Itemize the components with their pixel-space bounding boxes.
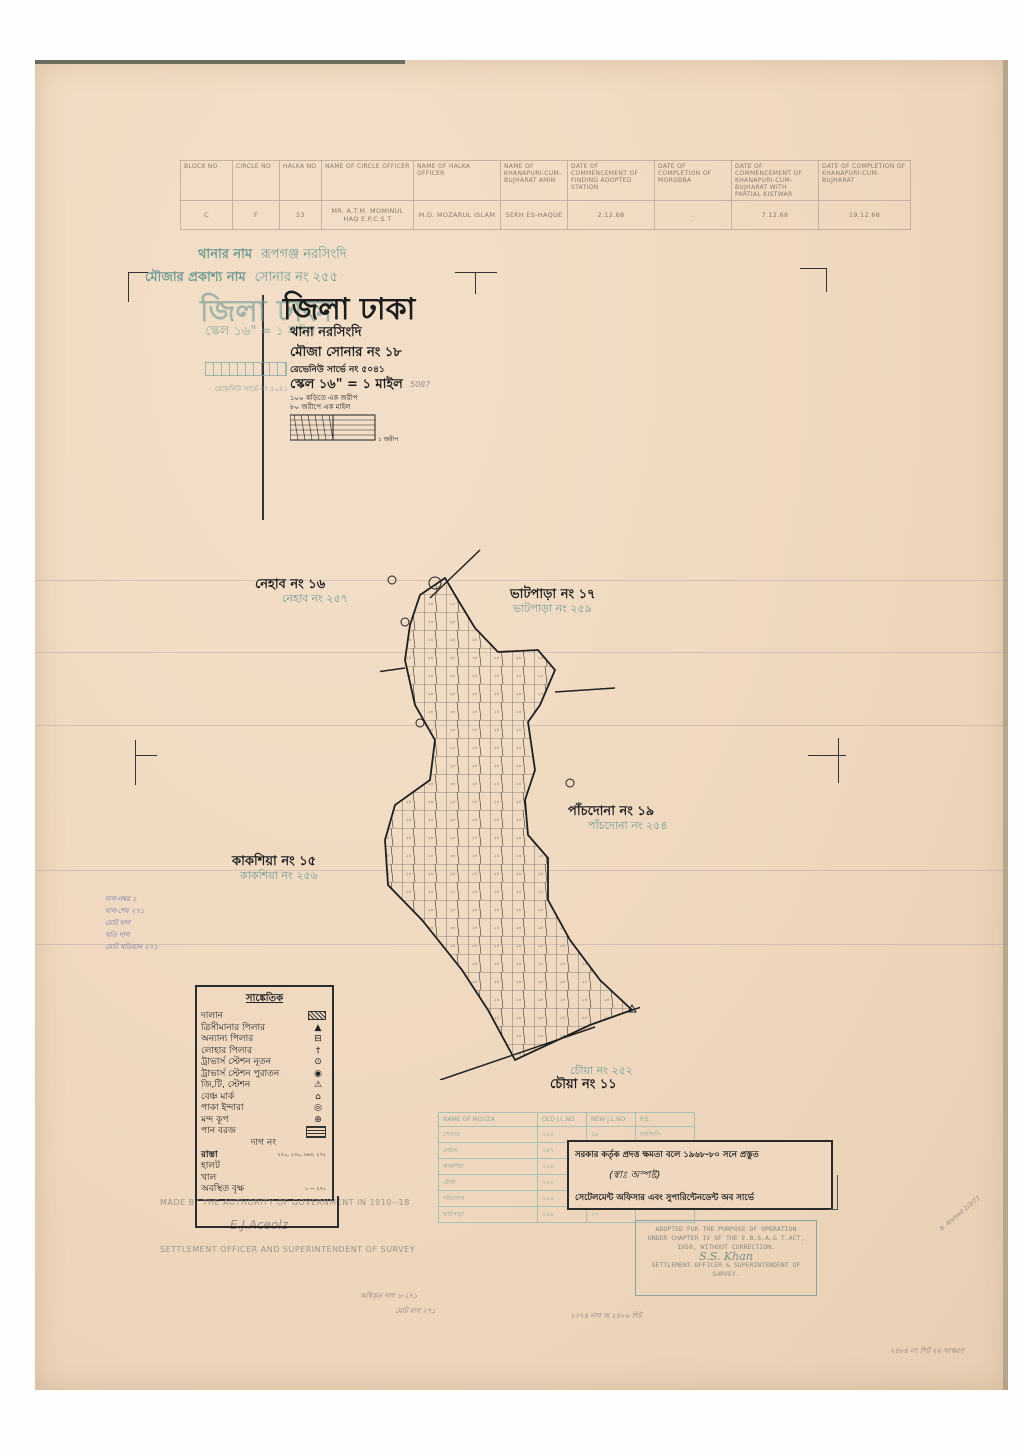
legend-item: অন্যান্য পিলার⊟ — [197, 1034, 332, 1046]
val-circle-no: F — [233, 201, 280, 230]
col-amin: Name of Khanapuri-cum-Bujharat Amin — [501, 161, 568, 201]
thana-label-faded: থানার নাম রূপগঞ্জ নরসিংদি — [198, 245, 347, 266]
stamp-signature: (স্বাঃ অস্পষ্ট) — [569, 1162, 831, 1185]
stamp-shadow — [829, 1175, 838, 1210]
survey-details-table: Block No Circle No Halka No Name of Circ… — [180, 160, 911, 230]
col-kistwar: Date of Commencement of Khanapuri-cum-Bu… — [732, 161, 819, 201]
legend-frame-extension — [195, 1196, 339, 1228]
val-halka-no: 53 — [280, 201, 322, 230]
legend-item: দাগ নং — [197, 1138, 332, 1150]
settlement-officer-title: SETTLEMENT OFFICER AND SUPERINTENDENT OF… — [160, 1245, 415, 1254]
scale-bar-unit: ১ জরীপ — [378, 434, 398, 445]
crop-mark — [455, 272, 497, 273]
val-halka-officer: M.D. Mozarul Islam — [414, 201, 501, 230]
handwritten-sheet-note: ২৩৭৪ দাগ অ ২৪৮৬ শিট — [570, 1310, 642, 1322]
stamp-line-1: সরকার কর্তৃক প্রদত্ত ক্ষমতা বলে ১৯৬৮-৮০ … — [569, 1142, 831, 1162]
val-amin: Sekh Es-Haque — [501, 201, 568, 230]
legend-item: খাল — [197, 1173, 332, 1185]
hatched-building-icon — [308, 1011, 326, 1020]
col-bujharat-complete: Date of Completion of Khanapuri-cum-Bujh… — [819, 161, 911, 201]
map-legend: সাঙ্কেতিক দালান ত্রিসীমানার পিলার▲ অন্যা… — [195, 985, 334, 1201]
well-icon: ◎ — [310, 1103, 326, 1115]
legend-item: ত্রিসীমানার পিলার▲ — [197, 1023, 332, 1035]
legend-item: জি,টি, স্টেশন⚠ — [197, 1080, 332, 1092]
legend-item: বেঞ্চ মার্ক⌂ — [197, 1092, 332, 1104]
betel-garden-icon — [306, 1126, 326, 1138]
crop-mark — [800, 268, 826, 269]
crop-mark — [838, 738, 839, 783]
col-circle-officer: Name of Circle Officer — [322, 161, 414, 201]
gt-station-icon: ⚠ — [310, 1080, 326, 1092]
legend-item: ট্রাভার্স স্টেশন নূতন⊙ — [197, 1057, 332, 1069]
iron-pillar-icon: † — [310, 1046, 326, 1058]
legend-item: পান বরজ — [197, 1126, 332, 1138]
legend-item: রাস্তা২৭১, ২৩০, ২৬৩, ২৭২ — [197, 1150, 332, 1162]
stamp-line-3: সেটেলমেন্ট অফিসার এবং সুপারিন্টেনডেন্ট অ… — [575, 1191, 754, 1205]
handwritten-corner-note: ২৪৮৪ নং শিট ২য় সংস্করণ — [890, 1345, 990, 1357]
legend-item: মন্দ কূপ⊕ — [197, 1115, 332, 1127]
col-morobba: Date of Completion of Morobba — [655, 161, 732, 201]
side-notes: দাগ-নম্বর ১ দাগ-শেষ ২৭১ মোট দাগ খতি দাগ … — [105, 893, 158, 953]
legend-item: ট্রাভার্স স্টেশন পুরাতন◉ — [197, 1069, 332, 1081]
val-bujharat-complete: 19.12.68 — [819, 201, 911, 230]
adjacent-mouza-nehab-old: নেহাব নং ২৫৭ — [282, 590, 348, 609]
bench-mark-icon: ⌂ — [310, 1092, 326, 1104]
traverse-old-icon: ◉ — [310, 1069, 326, 1081]
government-stamp: সরকার কর্তৃক প্রদত্ত ক্ষমতা বলে ১৯৬৮-৮০ … — [567, 1140, 833, 1210]
crop-mark — [475, 272, 476, 294]
adjacent-mouza-kakshia-old: কাকশিয়া নং ২৫৬ — [240, 867, 318, 886]
mouza-plot-map: ২৪ — [380, 540, 640, 1080]
cross-well-icon: ⊕ — [310, 1115, 326, 1127]
scale-bar-diagram — [290, 412, 420, 448]
adoption-stamp: ADOPTED FOR THE PURPOSE OF OPERATION UND… — [635, 1220, 817, 1296]
handwritten-5087: 5087 — [410, 380, 430, 389]
legend-title: সাঙ্কেতিক — [197, 991, 332, 1008]
col-adopted-station: Date of Commencement of Finding Adopted … — [568, 161, 655, 201]
col-block-no: Block No — [181, 161, 233, 201]
thana-name: থানা নরসিংদি — [290, 323, 362, 344]
handwritten-plot-note: অধিকৃত দাগ ১-২৭১ — [360, 1290, 418, 1302]
val-adopted-station: 2.12.68 — [568, 201, 655, 230]
crop-mark — [808, 755, 846, 756]
col-halka-no: Halka No — [280, 161, 322, 201]
faded-scale-bar — [205, 362, 287, 376]
legend-item: হালট — [197, 1161, 332, 1173]
val-circle-officer: Mr. A.T.M. Mominul Haq E.P.C.S.T — [322, 201, 414, 230]
legend-item: লোহার পিলার† — [197, 1046, 332, 1058]
crop-mark — [826, 268, 827, 292]
crop-mark — [128, 272, 129, 302]
col-circle-no: Circle No — [233, 161, 280, 201]
square-pillar-icon: ⊟ — [310, 1034, 326, 1046]
traverse-new-icon: ⊙ — [310, 1057, 326, 1069]
mouza-name: মৌজা সোনার নং ১৮ — [290, 343, 402, 364]
col-halka-officer: Name of Halka Officer — [414, 161, 501, 201]
triangle-pillar-icon: ▲ — [310, 1023, 326, 1035]
legend-item: পাকা ইন্দারা◎ — [197, 1103, 332, 1115]
crop-mark — [135, 755, 157, 756]
legend-item: দালান — [197, 1011, 332, 1023]
val-kistwar: 7.12.68 — [732, 201, 819, 230]
val-morobba: . — [655, 201, 732, 230]
revenue-faded: রেভেনিউ সার্ভে নং ৫০৪১ — [215, 383, 288, 395]
legend-item: অবস্থিত বৃক্ষ১ — ২৭১ — [197, 1184, 332, 1196]
val-block-no: C — [181, 201, 233, 230]
crop-mark — [135, 740, 136, 785]
handwritten-total-note: মোট দাগ ২৭১ — [395, 1305, 436, 1317]
